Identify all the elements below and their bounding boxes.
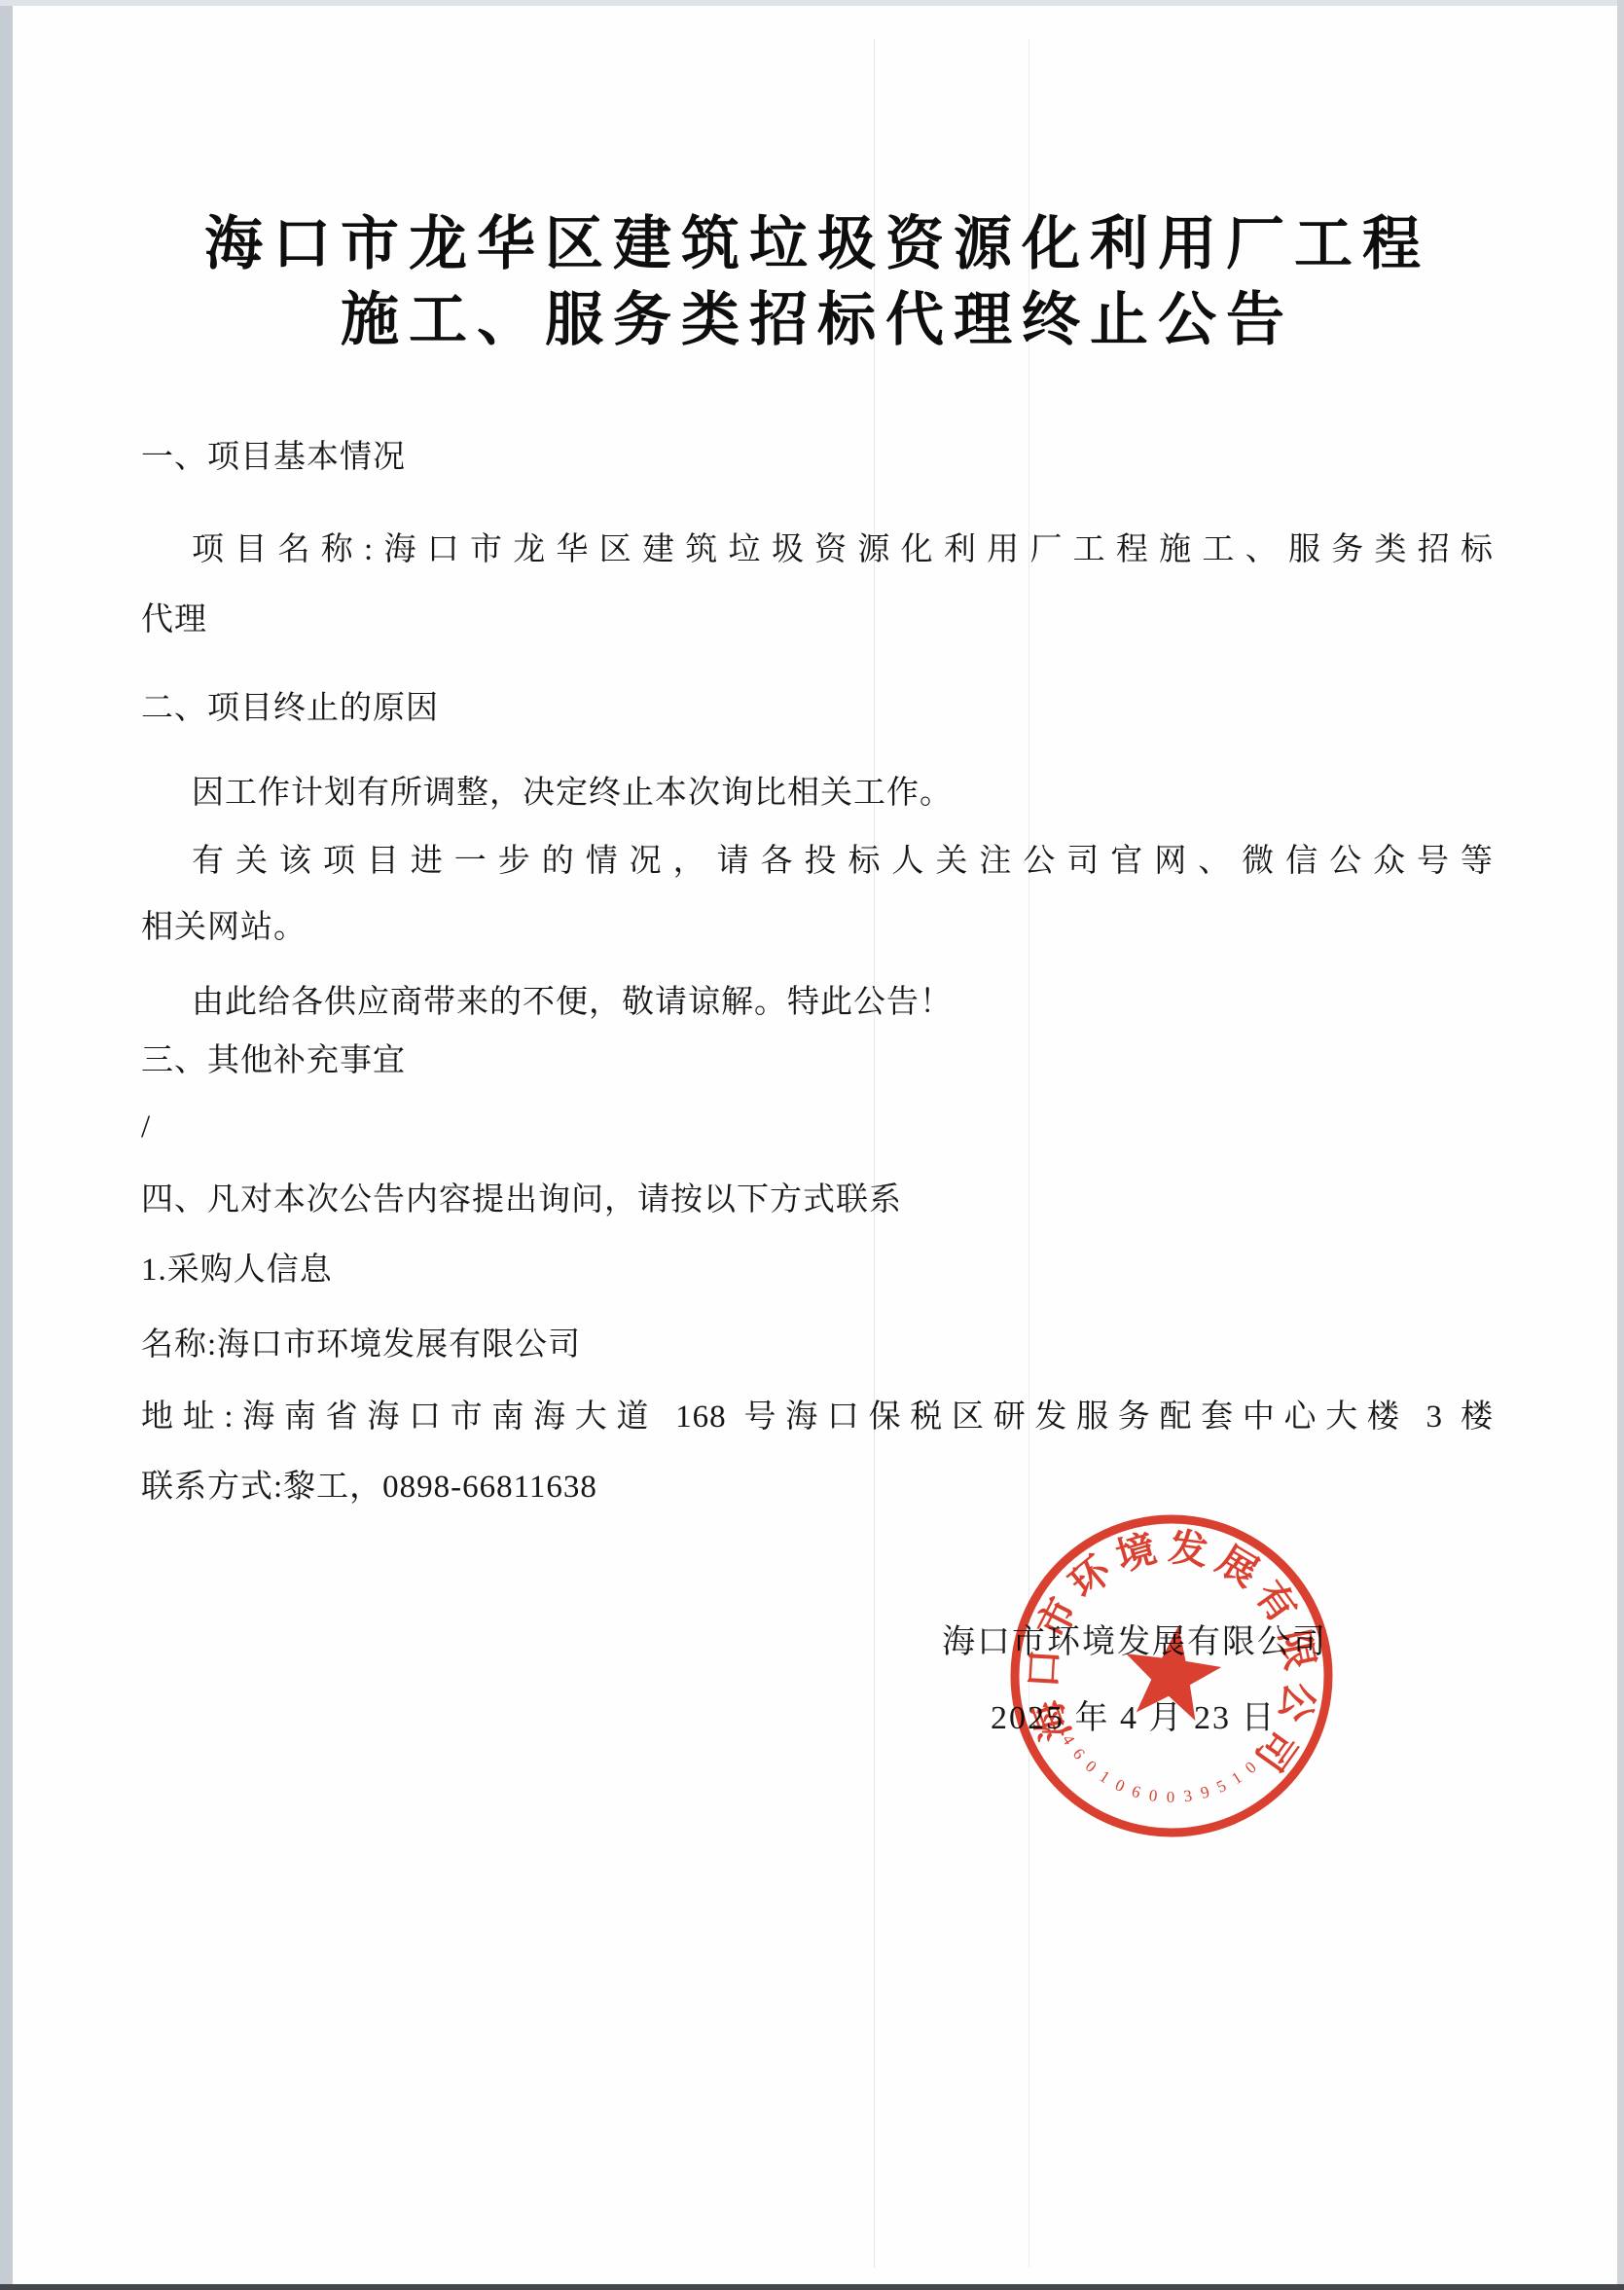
scan-edge-bottom bbox=[0, 2284, 1624, 2290]
purchaser-name-line: 名称:海口市环境发展有限公司 bbox=[141, 1325, 1494, 1365]
section-1-heading: 一、项目基本情况 bbox=[141, 437, 1494, 478]
purchaser-address-line: 地址:海南省海口市南海大道 168 号海口保税区研发服务配套中心大楼 3 楼 bbox=[141, 1397, 1494, 1437]
section-3-heading: 三、其他补充事宜 bbox=[141, 1040, 1494, 1081]
follow-up-continuation: 相关网站。 bbox=[141, 907, 1494, 948]
project-name-continuation: 代理 bbox=[141, 600, 1494, 640]
purchaser-contact-line: 联系方式:黎工，0898-66811638 bbox=[141, 1467, 1494, 1508]
scanned-document-page: 海口市龙华区建筑垃圾资源化利用厂工程 施工、服务类招标代理终止公告 一、项目基本… bbox=[0, 0, 1624, 2290]
section-2-heading: 二、项目终止的原因 bbox=[141, 688, 1494, 729]
scan-fold-line bbox=[874, 39, 875, 2268]
seal-content: 海口市环境发展有限公司 4601060039510 bbox=[1000, 1505, 1343, 1847]
scan-edge-right bbox=[1617, 0, 1624, 2290]
scan-edge-top bbox=[0, 0, 1624, 6]
purchaser-info-heading: 1.采购人信息 bbox=[141, 1250, 1494, 1290]
project-name-line: 项目名称:海口市龙华区建筑垃圾资源化利用厂工程施工、服务类招标 bbox=[141, 529, 1494, 570]
termination-reason-line: 因工作计划有所调整，决定终止本次询比相关工作。 bbox=[141, 773, 1494, 814]
apology-line: 由此给各供应商带来的不便，敬请谅解。特此公告！ bbox=[141, 982, 1494, 1023]
document-title-line-2: 施工、服务类招标代理终止公告 bbox=[141, 288, 1494, 352]
official-red-seal: 海口市环境发展有限公司 4601060039510 bbox=[1000, 1505, 1343, 1847]
scan-fold-line bbox=[1029, 39, 1029, 2268]
seal-star-icon bbox=[1118, 1619, 1226, 1724]
section-4-heading: 四、凡对本次公告内容提出询问，请按以下方式联系 bbox=[141, 1180, 1494, 1220]
document-title-line-1: 海口市龙华区建筑垃圾资源化利用厂工程 bbox=[141, 212, 1494, 276]
section-3-slash: / bbox=[141, 1107, 1494, 1147]
scan-edge-left bbox=[0, 0, 13, 2290]
follow-up-info-line: 有关该项目进一步的情况，请各投标人关注公司官网、微信公众号等 bbox=[141, 841, 1494, 882]
